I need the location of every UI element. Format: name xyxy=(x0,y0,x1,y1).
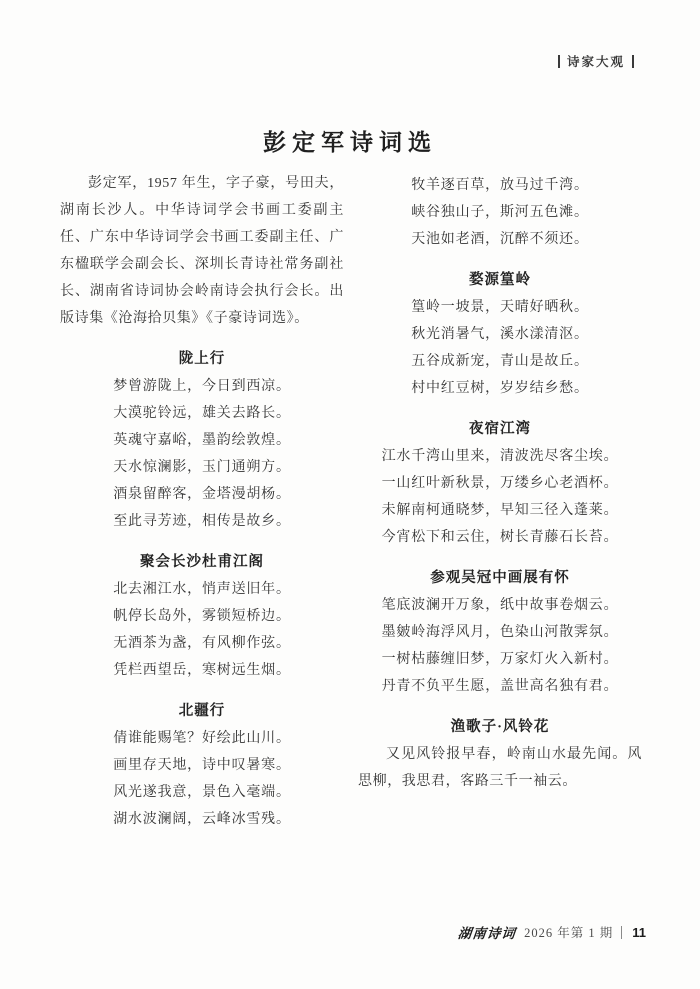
poem-line: 梦曾游陇上，今日到西凉。 xyxy=(60,373,344,400)
poem-line: 笔底波澜开万象，纸中故事卷烟云。 xyxy=(358,592,642,619)
poem-title: 婺源篁岭 xyxy=(358,268,642,289)
poem-title: 陇上行 xyxy=(60,347,344,368)
poem-continuation: 牧羊逐百草，放马过千湾。 峡谷独山子，斯河五色滩。 天池如老酒，沉醉不须还。 xyxy=(358,172,642,253)
poem-line: 无酒茶为盏，有风柳作弦。 xyxy=(60,630,344,657)
poem: 陇上行 梦曾游陇上，今日到西凉。 大漠驼铃远，雄关去路长。 英魂守嘉峪，墨韵绘敦… xyxy=(60,347,344,535)
poem-title: 参观吴冠中画展有怀 xyxy=(358,566,642,587)
poem-line: 帆停长岛外，雾锁短桥边。 xyxy=(60,603,344,630)
poem-line: 画里存天地，诗中叹暑寒。 xyxy=(60,752,344,779)
poem-line: 北去湘江水，悄声送旧年。 xyxy=(60,576,344,603)
poem-line: 峡谷独山子，斯河五色滩。 xyxy=(358,199,642,226)
poem: 婺源篁岭 篁岭一坡景，天晴好晒秋。 秋光消暑气，溪水漾清沤。 五谷成新宠，青山是… xyxy=(358,268,642,402)
poem: 北疆行 倩谁能赐笔？好绘此山川。 画里存天地，诗中叹暑寒。 风光遂我意，景色入毫… xyxy=(60,699,344,833)
issue-label: 2026 年第 1 期 xyxy=(524,923,613,941)
poem-title: 北疆行 xyxy=(60,699,344,720)
poem-title: 夜宿江湾 xyxy=(358,417,642,438)
poem-line: 五谷成新宠，青山是故丘。 xyxy=(358,348,642,375)
poem-line: 一山红叶新秋景，万缕乡心老酒杯。 xyxy=(358,470,642,497)
right-column: 牧羊逐百草，放马过千湾。 峡谷独山子，斯河五色滩。 天池如老酒，沉醉不须还。 婺… xyxy=(358,170,642,833)
poem-line: 秋光消暑气，溪水漾清沤。 xyxy=(358,321,642,348)
header-right-bar-icon xyxy=(632,55,634,68)
header-left-bar-icon xyxy=(558,55,560,68)
poem-line: 牧羊逐百草，放马过千湾。 xyxy=(358,172,642,199)
poem-line: 江水千湾山里来，清波洗尽客尘埃。 xyxy=(358,443,642,470)
poem: 夜宿江湾 江水千湾山里来，清波洗尽客尘埃。 一山红叶新秋景，万缕乡心老酒杯。 未… xyxy=(358,417,642,551)
section-title: 诗家大观 xyxy=(567,52,625,70)
poem-title: 聚会长沙杜甫江阁 xyxy=(60,550,344,571)
page-number: 11 xyxy=(632,925,646,940)
poem-line: 未解南柯通晓梦，早知三径入蓬莱。 xyxy=(358,497,642,524)
poem-line: 倩谁能赐笔？好绘此山川。 xyxy=(60,725,344,752)
ci-text: 又见风铃报早春，岭南山水最先闻。风思柳，我思君，客路三千一袖云。 xyxy=(358,741,642,795)
poem-line: 今宵松下和云住，树长青藤石长苔。 xyxy=(358,524,642,551)
poem-line: 天池如老酒，沉醉不须还。 xyxy=(358,226,642,253)
journal-name: 湖南诗词 xyxy=(457,922,517,942)
poem-line: 篁岭一坡景，天晴好晒秋。 xyxy=(358,294,642,321)
poem: 参观吴冠中画展有怀 笔底波澜开万象，纸中故事卷烟云。 墨皴岭海浮风月，色染山河散… xyxy=(358,566,642,700)
page-footer: 湖南诗词 2026 年第 1 期 11 xyxy=(458,922,646,942)
poem-line: 凭栏西望岳，寒树远生烟。 xyxy=(60,657,344,684)
poem-line: 至此寻芳迹，相传是故乡。 xyxy=(60,508,344,535)
footer-separator xyxy=(621,926,622,939)
poem-line: 墨皴岭海浮风月，色染山河散霁氛。 xyxy=(358,619,642,646)
poem: 渔歌子·风铃花 又见风铃报早春，岭南山水最先闻。风思柳，我思君，客路三千一袖云。 xyxy=(358,715,642,795)
poem-line: 村中红豆树，岁岁结乡愁。 xyxy=(358,375,642,402)
poem-line: 风光遂我意，景色入毫端。 xyxy=(60,779,344,806)
poem-line: 天水惊澜影，玉门通朔方。 xyxy=(60,454,344,481)
poem-line: 英魂守嘉峪，墨韵绘敦煌。 xyxy=(60,427,344,454)
poem-line: 一树枯藤缠旧梦，万家灯火入新村。 xyxy=(358,646,642,673)
left-column: 彭定军，1957 年生，字子豪，号田夫，湖南长沙人。中华诗词学会书画工委副主任、… xyxy=(60,170,344,833)
section-header: 诗家大观 xyxy=(558,52,634,70)
poem-title: 渔歌子·风铃花 xyxy=(358,715,642,736)
article-title: 彭定军诗词选 xyxy=(0,124,700,157)
poem-line: 丹青不负平生愿，盖世高名独有君。 xyxy=(358,673,642,700)
two-column-body: 彭定军，1957 年生，字子豪，号田夫，湖南长沙人。中华诗词学会书画工委副主任、… xyxy=(60,170,642,833)
poem: 聚会长沙杜甫江阁 北去湘江水，悄声送旧年。 帆停长岛外，雾锁短桥边。 无酒茶为盏… xyxy=(60,550,344,684)
poem-line: 酒泉留醉客，金塔漫胡杨。 xyxy=(60,481,344,508)
poem-line: 大漠驼铃远，雄关去路长。 xyxy=(60,400,344,427)
magazine-page: 诗家大观 彭定军诗词选 彭定军，1957 年生，字子豪，号田夫，湖南长沙人。中华… xyxy=(0,0,700,989)
poem-line: 湖水波澜阔，云峰冰雪残。 xyxy=(60,806,344,833)
author-bio: 彭定军，1957 年生，字子豪，号田夫，湖南长沙人。中华诗词学会书画工委副主任、… xyxy=(60,170,344,332)
